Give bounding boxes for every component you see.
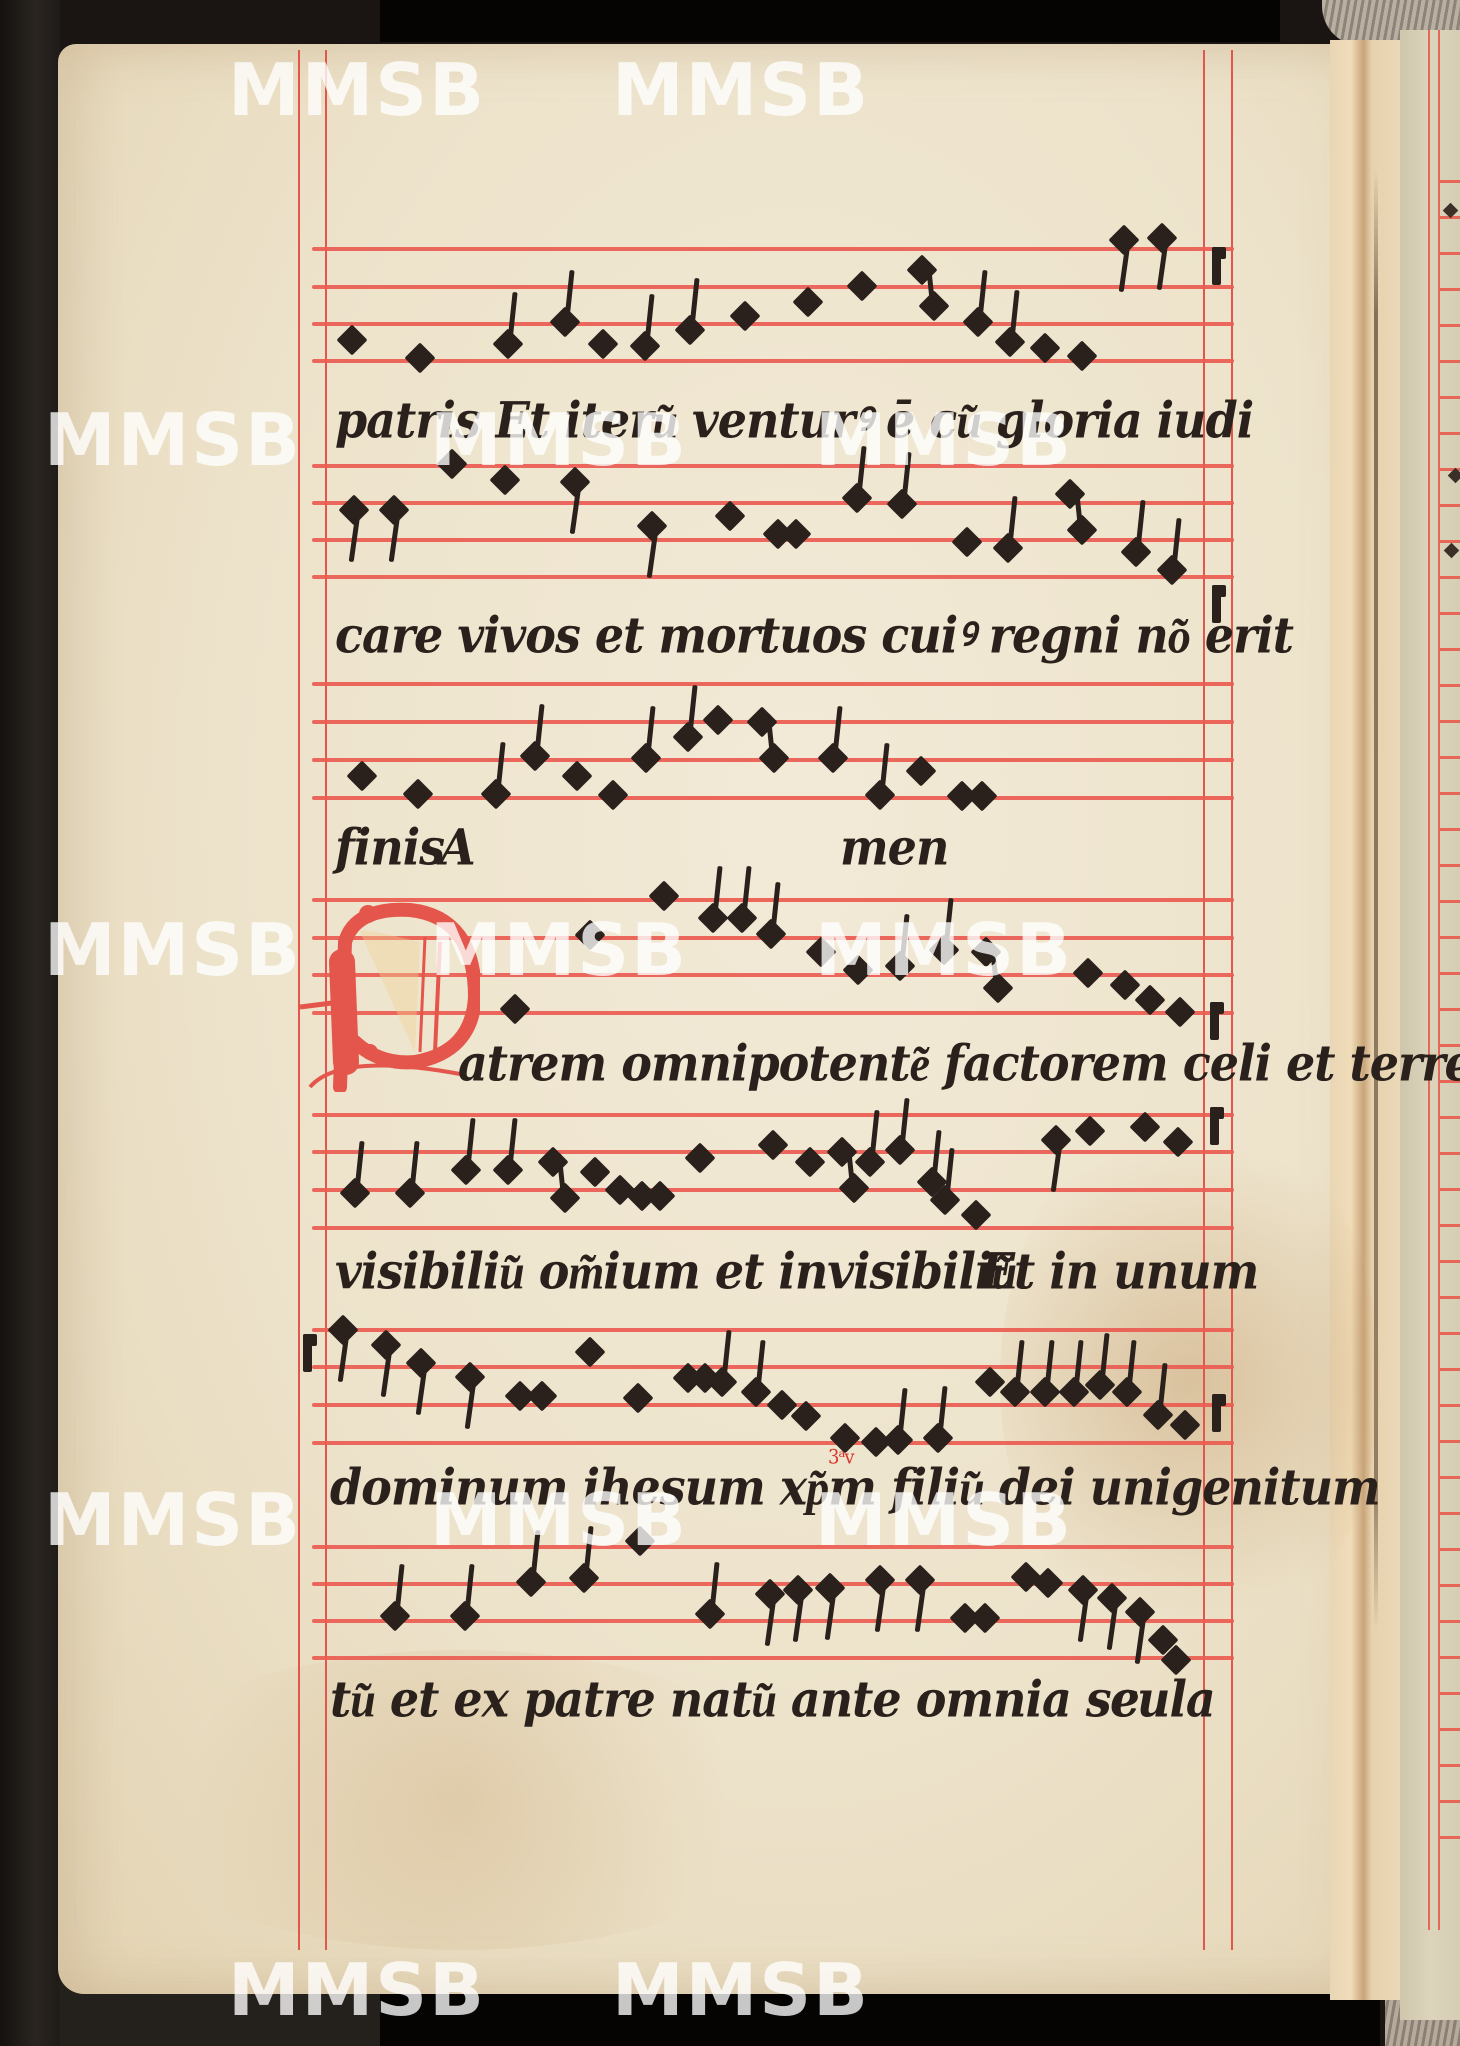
staff-line [312,322,1234,326]
lyric-line: men [840,818,948,876]
facing-staff-line [1440,900,1460,903]
facing-staff-line [1440,684,1460,687]
facing-staff-line [1440,1548,1460,1551]
facing-staff-line [1440,1224,1460,1227]
background-bottom [380,1990,1380,2046]
staff-line [312,247,1234,251]
facing-page [1400,30,1460,2020]
staff-line [312,501,1234,505]
watermark-text: MMSB [44,1478,302,1562]
facing-staff-line [1440,396,1460,399]
staff-line [312,359,1234,363]
staff-line [312,1441,1234,1445]
lyric-line: A [440,818,475,876]
facing-staff-line [1440,1800,1460,1803]
facing-staff-line [1440,252,1460,255]
staff-line [312,1365,1234,1369]
watermark-text: MMSB [44,908,302,992]
lyric-line: finis [335,818,444,876]
facing-staff-line [1440,1368,1460,1371]
lyric-line: care vivos et mortuos cuiꝰ regni no͂ eri… [335,601,1293,668]
facing-staff-line [1440,648,1460,651]
facing-staff-line [1440,324,1460,327]
facing-staff-line [1440,864,1460,867]
facing-staff-line [1440,1764,1460,1767]
staff-line [312,575,1234,579]
staff-line [312,1328,1234,1332]
watermark-text: MMSB [815,1478,1073,1562]
facing-staff-line [1440,720,1460,723]
facing-staff-line [1440,612,1460,615]
facing-staff-line [1440,972,1460,975]
watermark-text: MMSB [430,398,688,482]
facing-staff-line [1440,1836,1460,1839]
margin-rule-right-outer [1231,50,1233,1950]
custos-mark [1212,1394,1221,1432]
custos-mark [1210,1107,1219,1145]
facing-staff-line [1440,180,1460,183]
facing-staff-line [1440,1188,1460,1191]
lyric-line: visibiliu͂ om͂ium et invisibiliu͂ [335,1242,1016,1300]
background-top [380,0,1280,42]
margin-rule-right-inner [1203,50,1205,1950]
facing-page-rule [1438,30,1440,1930]
staff-line [312,1188,1234,1192]
facing-staff-line [1440,1620,1460,1623]
watermark-text: MMSB [430,908,688,992]
facing-staff-line [1440,1692,1460,1695]
watermark-text: MMSB [44,398,302,482]
lyric-line: tu͂ et ex patre natu͂ ante omnia se [330,1670,1139,1728]
watermark-text: MMSB [612,1948,870,2032]
facing-staff-line [1440,1332,1460,1335]
facing-staff-line [1440,1404,1460,1407]
watermark-text: MMSB [228,48,486,132]
lyric-line: atrem omnipotente͂ factorem celi et terr… [458,1034,1460,1092]
facing-staff-line [1440,1296,1460,1299]
facing-staff-line [1440,1152,1460,1155]
facing-staff-line [1440,1476,1460,1479]
watermark-text: MMSB [815,908,1073,992]
lyric-line: Et in unum [980,1242,1258,1300]
book-cradle-left [0,0,60,2046]
facing-staff-line [1440,1728,1460,1731]
facing-staff-line [1440,936,1460,939]
staff-line [312,285,1234,289]
watermark-text: MMSB [612,48,870,132]
watermark-text: MMSB [430,1478,688,1562]
facing-staff-line [1440,288,1460,291]
facing-page-rule [1428,30,1430,1930]
custos-mark [1212,247,1221,285]
facing-staff-line [1440,1260,1460,1263]
facing-staff-line [1440,504,1460,507]
watermark-text: MMSB [228,1948,486,2032]
staff-line [312,682,1234,686]
facing-staff-line [1440,756,1460,759]
facing-staff-line [1440,1656,1460,1659]
facing-staff-line [1440,1584,1460,1587]
custos-mark [303,1334,312,1372]
facing-staff-line [1440,576,1460,579]
facing-staff-line [1440,1440,1460,1443]
lyric-line: cula [1110,1670,1215,1728]
correction-mark: 3ᵃv [828,1446,854,1469]
facing-staff-line [1440,432,1460,435]
facing-staff-line [1440,792,1460,795]
facing-staff-line [1440,828,1460,831]
facing-staff-line [1440,1008,1460,1011]
staff-line [312,796,1234,800]
staff-line [312,1113,1234,1117]
facing-staff-line [1440,360,1460,363]
page-gutter [1330,40,1400,2000]
staff-line [312,1226,1234,1230]
staff-line [312,1656,1234,1660]
watermark-text: MMSB [815,398,1073,482]
facing-staff-line [1440,1512,1460,1515]
facing-staff-line [1440,1116,1460,1119]
